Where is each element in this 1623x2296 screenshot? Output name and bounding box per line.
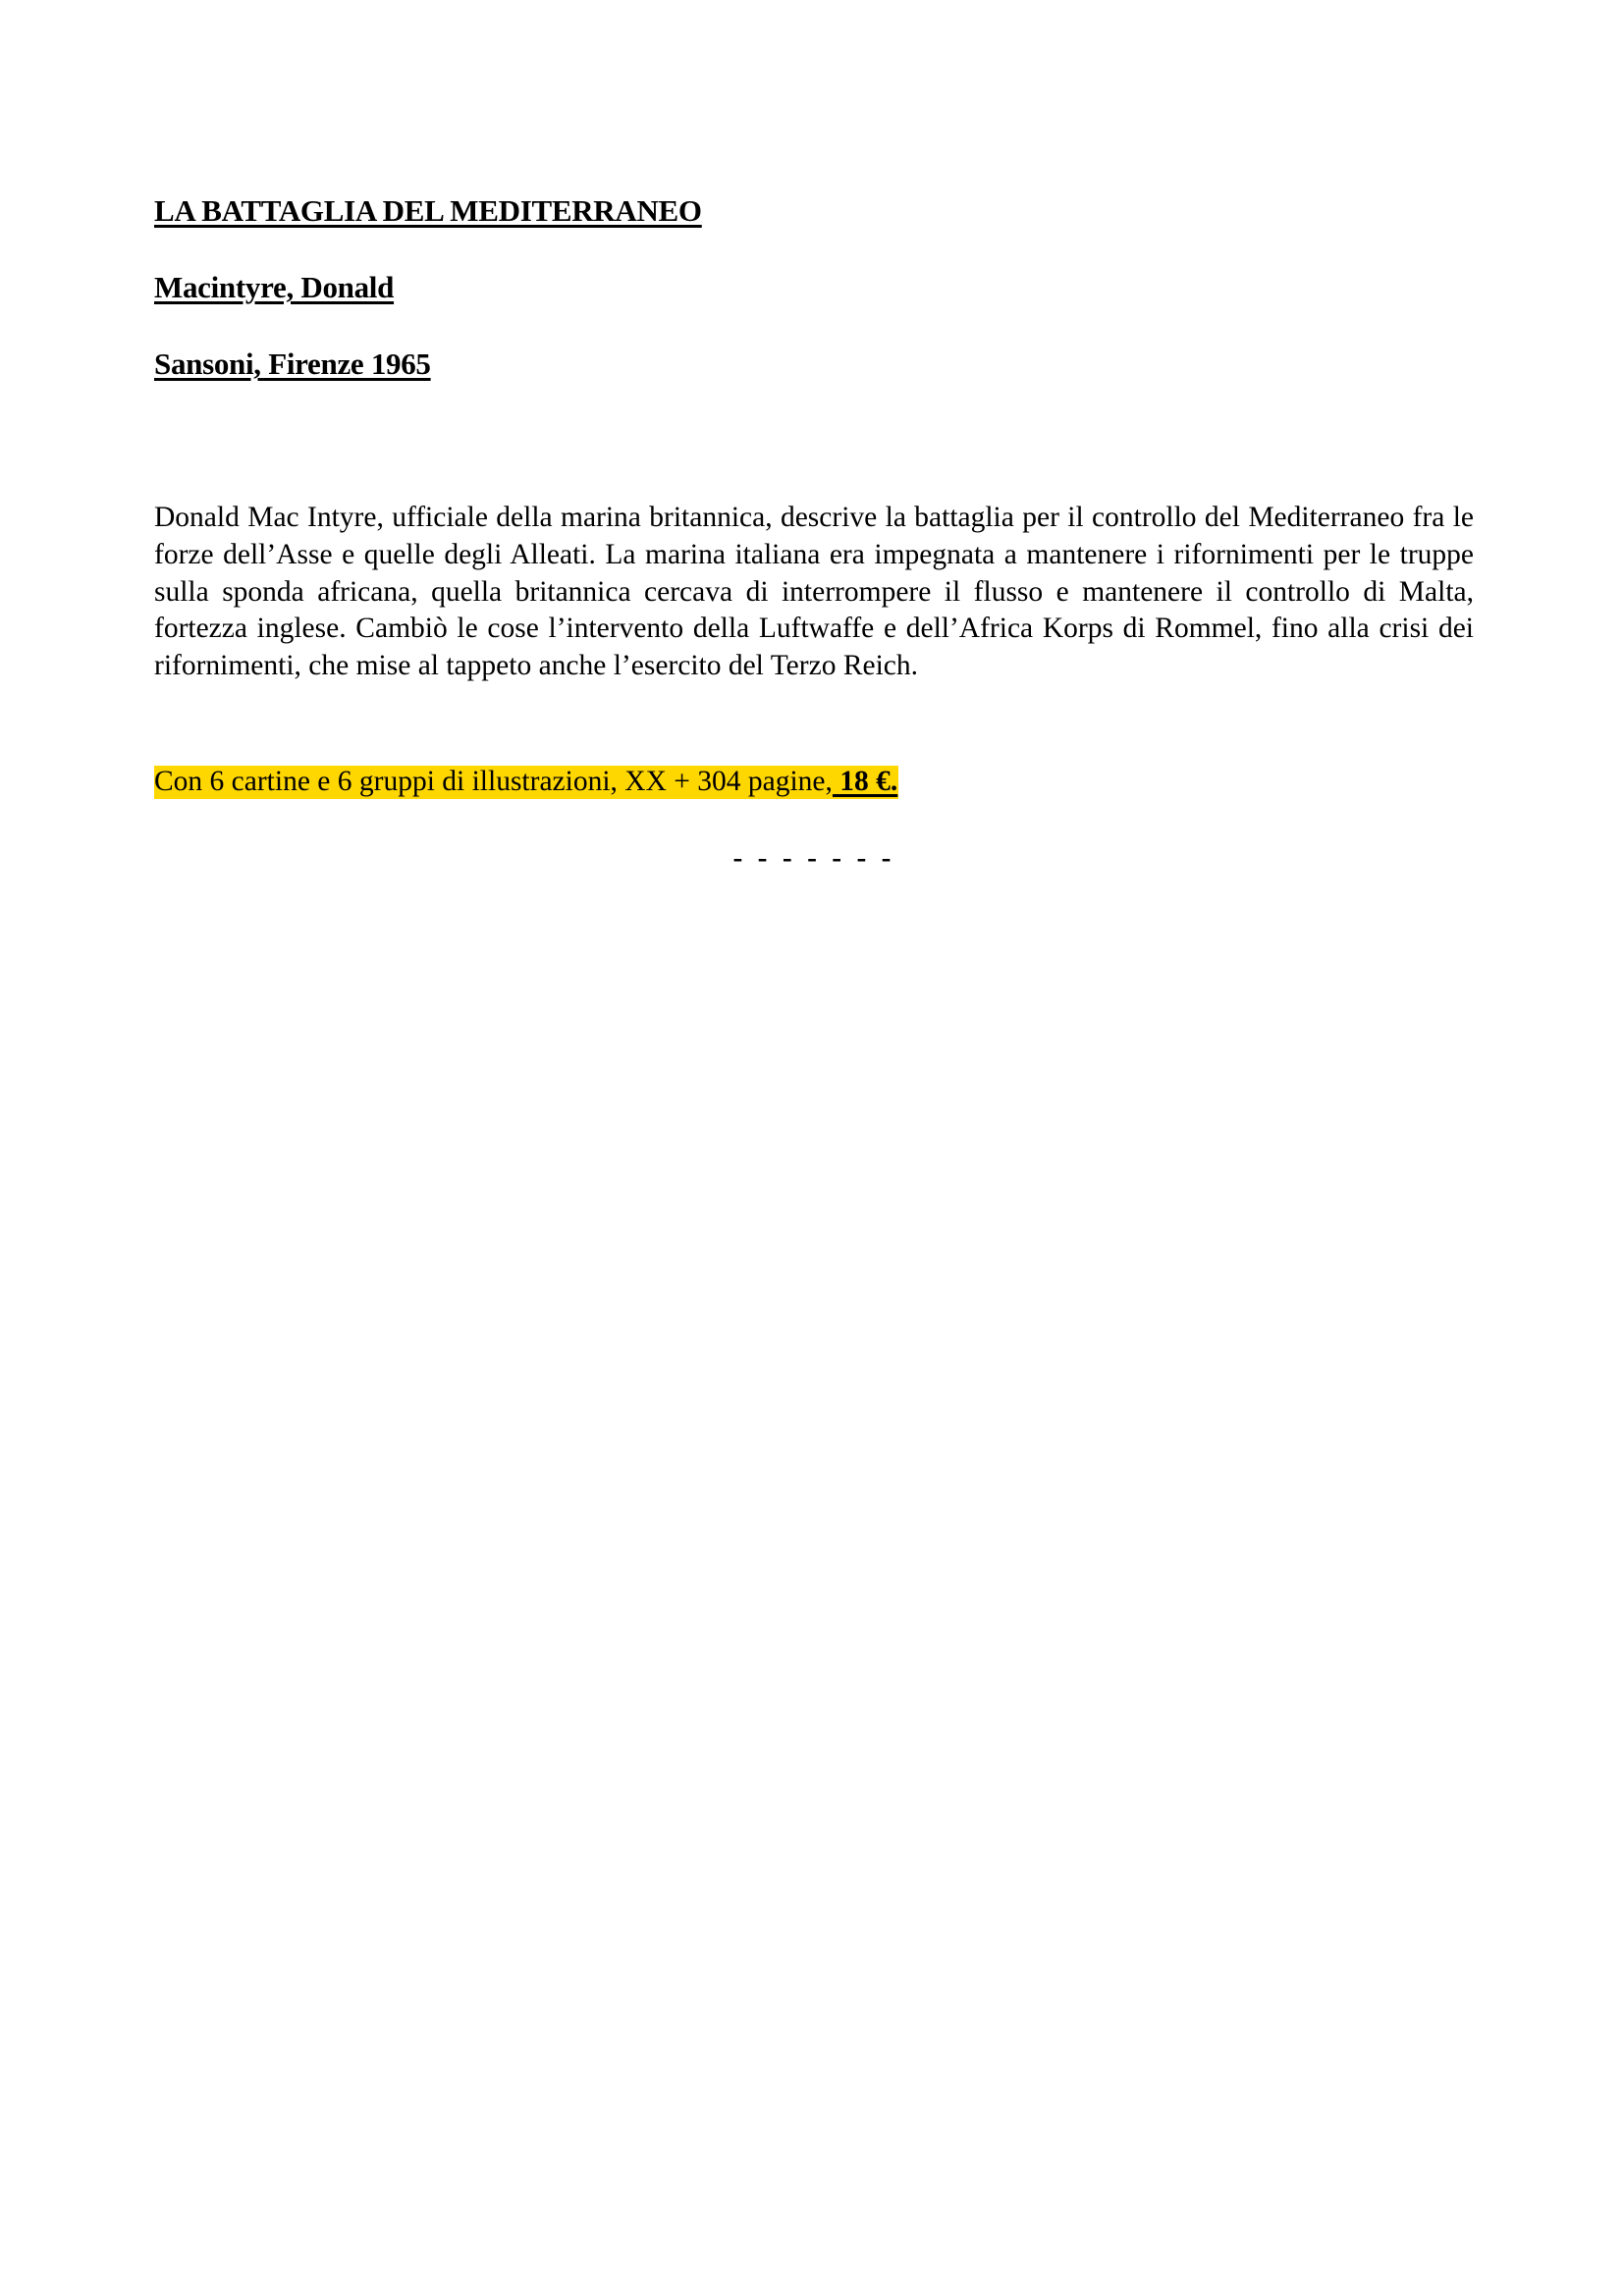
book-description: Donald Mac Intyre, ufficiale della marin… — [154, 500, 1474, 685]
section-separator: - - - - - - - — [154, 839, 1474, 877]
book-price: 18 €. — [833, 766, 897, 797]
book-author: Macintyre, Donald — [154, 270, 394, 305]
book-title: LA BATTAGLIA DEL MEDITERRANEO — [154, 193, 702, 229]
highlighted-details: Con 6 cartine e 6 gruppi di illustrazion… — [154, 766, 898, 799]
book-details: Con 6 cartine e 6 gruppi di illustrazion… — [154, 766, 833, 797]
book-details-line: Con 6 cartine e 6 gruppi di illustrazion… — [154, 762, 898, 801]
book-publisher: Sansoni, Firenze 1965 — [154, 347, 431, 382]
